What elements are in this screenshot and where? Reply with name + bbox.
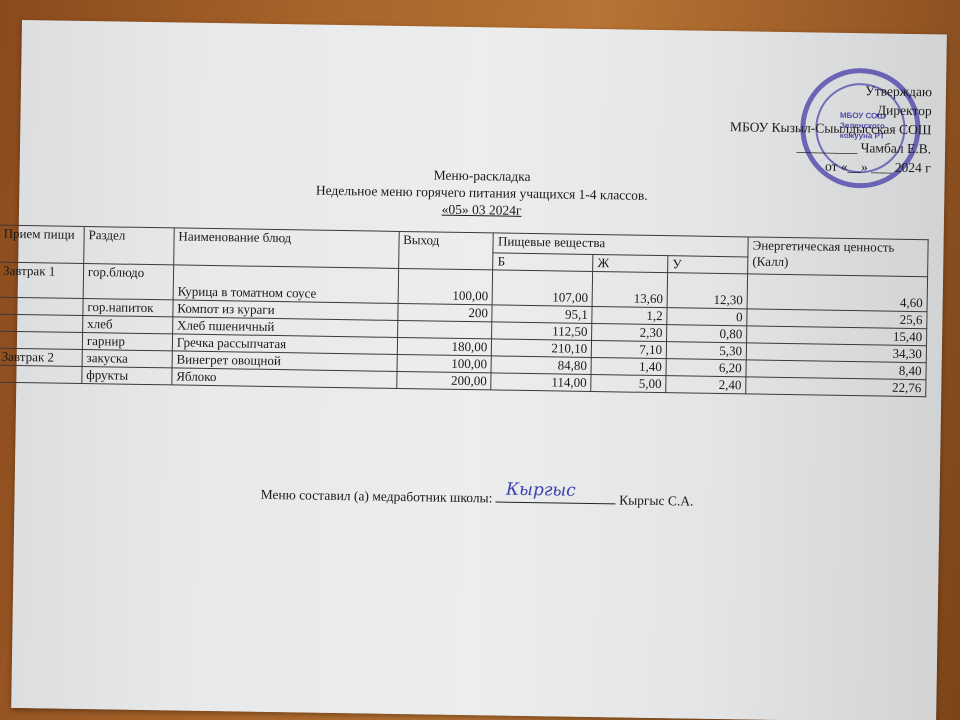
header-section: Раздел — [84, 227, 175, 265]
cell-fat: 1,40 — [591, 357, 666, 375]
cell-meal — [0, 297, 83, 315]
cell-fat: 5,00 — [591, 374, 666, 392]
document-page: МБОУ СОШ Зеленского кожууна РТ Утверждаю… — [11, 20, 947, 720]
cell-fat: 2,30 — [592, 323, 667, 341]
cell-meal — [0, 314, 83, 332]
cell-output: 100,00 — [398, 268, 493, 304]
menu-table-body: Завтрак 1гор.блюдоКурица в томатном соус… — [0, 262, 928, 397]
header-protein: Б — [493, 253, 593, 272]
menu-table: Прием пищи Раздел Наименование блюд Выхо… — [0, 225, 929, 398]
cell-protein: 95,1 — [492, 305, 592, 324]
cell-carbs: 0,80 — [667, 325, 747, 343]
cell-section: хлеб — [83, 315, 173, 333]
approval-school: МБОУ Кызыл-Сыылдысская СОШ — [730, 117, 932, 139]
cell-fat: 1,2 — [592, 306, 667, 324]
cell-dish: Курица в томатном соусе — [173, 265, 398, 304]
header-fat: Ж — [593, 255, 668, 273]
cell-protein: 114,00 — [491, 373, 591, 392]
signature-line: Кыргыс — [496, 488, 616, 505]
cell-section: фрукты — [82, 366, 172, 384]
footer-signature: Меню составил (а) медработник школы: Кыр… — [14, 480, 939, 514]
cell-meal: Завтрак 1 — [0, 262, 84, 298]
header-energy: Энергетическая ценность (Калл) — [748, 237, 928, 277]
cell-protein: 84,80 — [491, 356, 591, 375]
footer-name: Кыргыс С.А. — [619, 492, 694, 508]
cell-carbs: 6,20 — [666, 359, 746, 377]
cell-fat: 13,60 — [592, 271, 667, 307]
cell-meal — [0, 331, 83, 349]
cell-output: 200,00 — [396, 371, 491, 389]
cell-output: 180,00 — [397, 337, 492, 355]
cell-section: гор.блюдо — [83, 263, 173, 299]
header-carbs: У — [668, 256, 748, 274]
cell-protein: 112,50 — [492, 322, 592, 341]
cell-energy: 22,76 — [746, 377, 926, 397]
cell-section: закуска — [82, 349, 172, 367]
cell-carbs: 0 — [667, 308, 747, 326]
cell-protein: 107,00 — [493, 270, 593, 307]
cell-protein: 210,10 — [492, 339, 592, 358]
cell-dish: Яблоко — [172, 368, 397, 389]
cell-carbs: 2,40 — [666, 376, 746, 394]
handwritten-signature: Кыргыс — [506, 480, 576, 501]
cell-energy: 4,60 — [747, 274, 927, 312]
cell-carbs: 5,30 — [666, 342, 746, 360]
cell-section: гор.напиток — [83, 298, 173, 316]
approval-block: Утверждаю Директор МБОУ Кызыл-Сыылдысска… — [729, 79, 932, 177]
cell-output: 200 — [397, 303, 492, 321]
header-output: Выход — [398, 231, 493, 269]
cell-section: гарнир — [82, 332, 172, 350]
cell-meal — [0, 365, 82, 383]
cell-carbs: 12,30 — [667, 273, 747, 309]
cell-output — [397, 320, 492, 338]
cell-fat: 7,10 — [592, 340, 667, 358]
cell-meal: Завтрак 2 — [0, 348, 82, 366]
cell-output: 100,00 — [397, 354, 492, 372]
footer-label: Меню составил (а) медработник школы: — [261, 487, 493, 506]
header-dish: Наименование блюд — [174, 228, 399, 269]
header-meal: Прием пищи — [0, 225, 84, 263]
